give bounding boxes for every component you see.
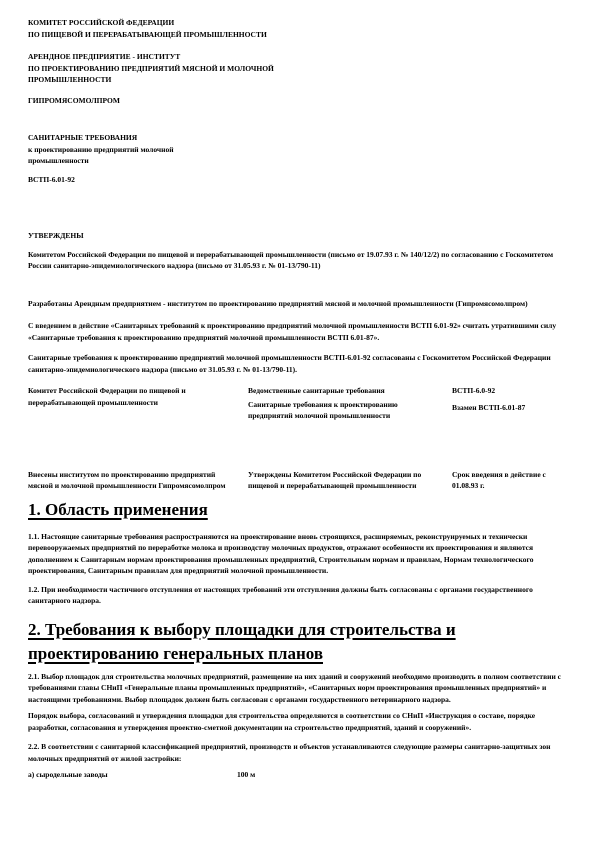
info-table: Комитет Российской Федерации по пищевой … — [28, 385, 567, 492]
table-cell-replaces: Взамен ВСТП-6.01-87 — [452, 402, 567, 414]
org-line: ПРОМЫШЛЕННОСТИ — [28, 74, 567, 86]
document-page: КОМИТЕТ РОССИЙСКОЙ ФЕДЕРАЦИИ ПО ПИЩЕВОЙ … — [0, 0, 595, 842]
table-cell-kind-detail: Санитарные требования к проектированию п… — [248, 399, 444, 422]
document-title-line: САНИТАРНЫЕ ТРЕБОВАНИЯ — [28, 132, 567, 144]
paragraph-site-selection-order: Порядок выбора, согласований и утвержден… — [28, 710, 567, 733]
developed-paragraph: Разработаны Арендным предприятием - инст… — [28, 298, 567, 310]
table-cell-issuer: Комитет Российской Федерации по пищевой … — [28, 385, 240, 422]
section-2-heading: 2. Требования к выбору площадки для стро… — [28, 618, 518, 666]
section-1-heading: 1. Область применения — [28, 498, 567, 522]
approved-paragraph: Комитетом Российской Федерации по пищево… — [28, 249, 567, 272]
table-cell-code: ВСТП-6.0-92 Взамен ВСТП-6.01-87 — [452, 385, 567, 422]
table-cell-submitted-by: Внесены институтом по проектированию пре… — [28, 469, 240, 492]
org-line: ПО ПРОЕКТИРОВАНИЮ ПРЕДПРИЯТИЙ МЯСНОЙ И М… — [28, 63, 567, 75]
institute-block: АРЕНДНОЕ ПРЕДПРИЯТИЕ - ИНСТИТУТ ПО ПРОЕК… — [28, 51, 567, 86]
table-cell-kind-title: Ведомственные санитарные требования — [248, 385, 444, 397]
approved-heading: УТВЕРЖДЕНЫ — [28, 230, 567, 242]
issuing-committee-block: КОМИТЕТ РОССИЙСКОЙ ФЕДЕРАЦИИ ПО ПИЩЕВОЙ … — [28, 17, 567, 40]
paragraph-1-2: 1.2. При необходимости частичного отступ… — [28, 584, 567, 607]
paragraph-2-1: 2.1. Выбор площадок для строительства мо… — [28, 671, 567, 706]
org-line: ПО ПИЩЕВОЙ И ПЕРЕРАБАТЫВАЮЩЕЙ ПРОМЫШЛЕНН… — [28, 29, 567, 41]
document-number: ВСТП-6.01-92 — [28, 174, 567, 186]
sanitary-zone-item-value: 100 м — [237, 769, 255, 781]
table-cell-effective-date: Срок введения в действие с 01.08.93 г. — [452, 469, 567, 492]
sanitary-zone-item-a: а) сыродельные заводы 100 м — [28, 769, 567, 781]
paragraph-2-2: 2.2. В соответствии с санитарной классиф… — [28, 741, 567, 764]
org-line: КОМИТЕТ РОССИЙСКОЙ ФЕДЕРАЦИИ — [28, 17, 567, 29]
introduction-paragraph: С введением в действие «Санитарных требо… — [28, 320, 567, 343]
table-cell-kind: Ведомственные санитарные требования Сани… — [248, 385, 444, 422]
org-short-name: ГИПРОМЯСОМОЛПРОМ — [28, 95, 567, 107]
document-title-line: промышленности — [28, 155, 567, 167]
agreement-paragraph: Санитарные требования к проектированию п… — [28, 352, 567, 375]
sanitary-zone-item-label: а) сыродельные заводы — [28, 769, 237, 781]
document-title: САНИТАРНЫЕ ТРЕБОВАНИЯ к проектированию п… — [28, 132, 567, 167]
table-cell-code-number: ВСТП-6.0-92 — [452, 385, 567, 397]
org-line: АРЕНДНОЕ ПРЕДПРИЯТИЕ - ИНСТИТУТ — [28, 51, 567, 63]
document-title-line: к проектированию предприятий молочной — [28, 144, 567, 156]
paragraph-1-1: 1.1. Настоящие санитарные требования рас… — [28, 531, 567, 577]
table-cell-approved-by: Утверждены Комитетом Российской Федераци… — [248, 469, 444, 492]
